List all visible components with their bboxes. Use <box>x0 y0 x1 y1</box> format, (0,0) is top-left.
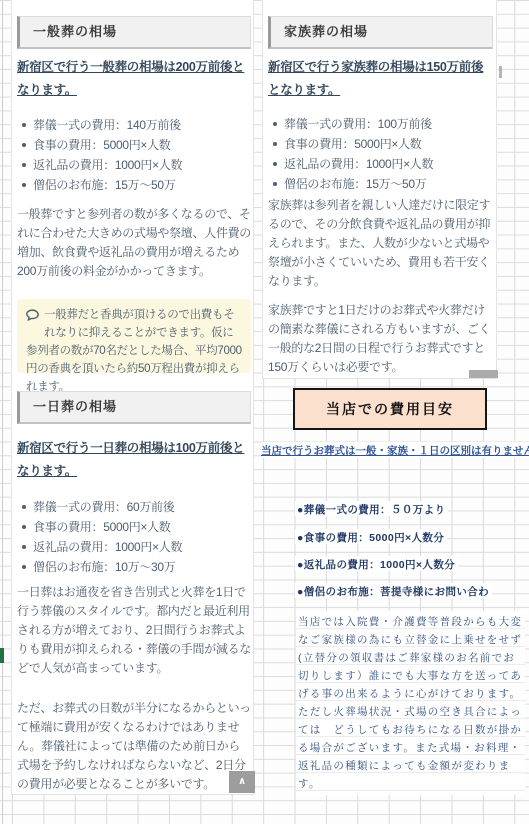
comment-bubble-icon <box>26 306 44 336</box>
vertical-scrollbar-thumb[interactable] <box>499 66 502 78</box>
estimate-item-gift: ●返礼品の費用：1000円×人数分 <box>295 556 458 571</box>
spreadsheet-grid-background: 一般葬の相場 新宿区で行う一般葬の相場は200万前後となります。 葬儀一式の費用… <box>0 0 529 824</box>
cost-item: 僧侶のお布施：15万～50万 <box>270 174 502 194</box>
grid-edge-line <box>2 0 3 824</box>
horizontal-scrollbar-thumb[interactable] <box>469 370 498 378</box>
section-header-family-funeral: 家族葬の相場 <box>268 16 493 49</box>
general-funeral-headline-link[interactable]: 新宿区で行う一般葬の相場は200万前後となります。 <box>17 56 250 102</box>
right-column-panel: 家族葬の相場 新宿区で行う家族葬の相場は150万前後となります。 葬儀一式の費用… <box>262 0 497 379</box>
one-day-funeral-paragraph-1: 一日葬はお通夜を省き告別式と火葬を1日で行う葬儀のスタイルです。都内だと最近利用… <box>17 583 251 678</box>
section-header-one-day-funeral: 一日葬の相場 <box>17 391 251 424</box>
estimate-paragraph: 当店では入院費・介護費等普段からも大変なご家族様の為にも立替金に上乗せをせず(立… <box>296 611 525 795</box>
general-funeral-cost-list: 葬儀一式の費用：140万前後 食事の費用：5000円×人数 返礼品の費用：100… <box>19 115 251 195</box>
cost-item: 僧侶のお布施：10万～30万 <box>19 557 251 577</box>
row-select-marker <box>0 648 4 663</box>
chevron-up-icon: ∧ <box>238 776 246 787</box>
cost-item: 食事の費用：5000円×人数 <box>270 134 502 154</box>
cost-item: 葬儀一式の費用：100万前後 <box>270 114 502 134</box>
family-funeral-paragraph-2: 家族葬ですと1日だけのお葬式や火葬だけの簡素な葬儀にされる方もいますが、ごく一般… <box>268 301 495 377</box>
estimate-subtitle: 当店で行うお葬式は一般・家族・１日の区別は有りません <box>261 442 529 458</box>
general-funeral-paragraph: 一般葬ですと参列者の数が多くなるので、それに合わせた大きめの式場や祭壇、人件費の… <box>17 205 251 281</box>
koden-note-box: 一般葬だと香典が頂けるので出費もそれなりに抑えることができます。仮に参列者の数が… <box>17 299 251 373</box>
estimate-item-ceremony: ●葬儀一式の費用：５０万より <box>295 501 448 516</box>
cost-item: 食事の費用：5000円×人数 <box>19 135 251 155</box>
family-funeral-cost-list: 葬儀一式の費用：100万前後 食事の費用：5000円×人数 返礼品の費用：100… <box>270 114 502 194</box>
cost-item: 僧侶のお布施：15万～50万 <box>19 175 251 195</box>
cost-item: 葬儀一式の費用：60万前後 <box>19 497 251 517</box>
left-column-panel: 一般葬の相場 新宿区で行う一般葬の相場は200万前後となります。 葬儀一式の費用… <box>11 0 254 795</box>
cost-item: 返礼品の費用：1000円×人数 <box>19 537 251 557</box>
section-title: 一般葬の相場 <box>33 24 117 39</box>
family-funeral-headline-link[interactable]: 新宿区で行う家族葬の相場は150万前後となります。 <box>268 56 495 102</box>
koden-note-text: 一般葬だと香典が頂けるので出費もそれなりに抑えることができます。仮に参列者の数が… <box>26 309 242 393</box>
one-day-funeral-paragraph-2: ただ、お葬式の日数が半分になるからといって極端に費用が安くなるわけではありません… <box>17 699 251 794</box>
family-funeral-paragraph-1: 家族葬は参列者を親しい人達だけに限定するので、その分飲食費や返礼品の費用が抑えら… <box>268 196 495 291</box>
back-to-top-button[interactable]: ∧ <box>229 771 255 793</box>
estimate-item-meal: ●食事の費用：5000円×人数分 <box>295 529 447 544</box>
cost-item: 返礼品の費用：1000円×人数 <box>19 155 251 175</box>
estimate-title: 当店での費用目安 <box>326 401 454 417</box>
cost-item: 返礼品の費用：1000円×人数 <box>270 154 502 174</box>
estimate-title-box: 当店での費用目安 <box>293 388 487 430</box>
cost-item: 葬儀一式の費用：140万前後 <box>19 115 251 135</box>
cost-item: 食事の費用：5000円×人数 <box>19 517 251 537</box>
one-day-funeral-cost-list: 葬儀一式の費用：60万前後 食事の費用：5000円×人数 返礼品の費用：1000… <box>19 497 251 577</box>
estimate-item-monk: ●僧侶のお布施：菩提寺様にお問い合わ <box>295 583 492 598</box>
section-header-general-funeral: 一般葬の相場 <box>17 16 251 49</box>
section-title: 一日葬の相場 <box>33 399 117 414</box>
section-title: 家族葬の相場 <box>284 24 368 39</box>
one-day-funeral-headline-link[interactable]: 新宿区で行う一日葬の相場は100万前後となります。 <box>17 437 250 483</box>
